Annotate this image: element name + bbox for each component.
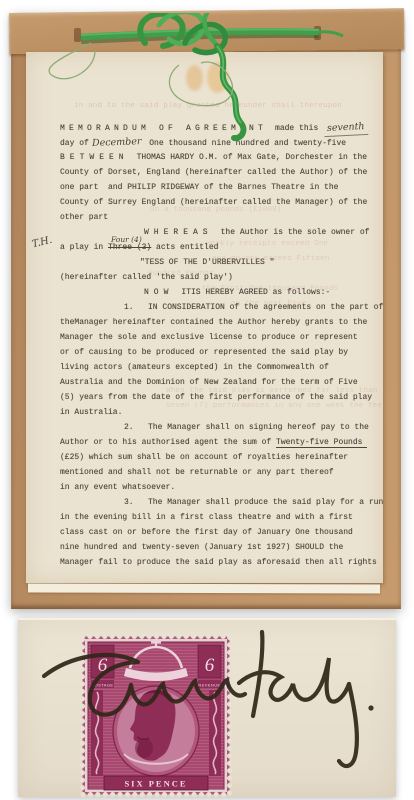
typed-fragment: made this [275, 124, 318, 133]
play-title-line: "TESS OF THE D'URBERVILLES " [140, 255, 382, 270]
clause-number-3: 3. [124, 495, 134, 510]
typed-line: in Australia. [60, 405, 382, 420]
agreement-photo: in and to the said play granted hereunde… [11, 13, 401, 609]
typed-line: (hereinafter called 'the said play') [60, 270, 382, 285]
typed-line: County of Dorset, England (hereinafter c… [60, 165, 382, 180]
wax-stain [186, 65, 203, 91]
typed-line: class cast on or before the first day of… [60, 525, 382, 540]
typed-line: Manager the sole and exclusive license t… [60, 330, 382, 345]
memorandum-heading: MEMORANDUM OF AGREEMENT [60, 124, 267, 133]
typed-line: 3.The Manager shall produce the said pla… [148, 495, 382, 510]
typed-fragment: a play in [60, 243, 108, 252]
whereas-word: WHEREAS [144, 228, 213, 237]
bleedthrough-line: in and to the said play granted hereunde… [74, 102, 342, 110]
thomas-hardy-signature: Thomas Hardy. [18, 620, 396, 797]
second-sheet-edge [28, 584, 380, 594]
typed-line: one part and PHILIP RIDGEWAY of the Barn… [60, 180, 382, 195]
typed-fragment: The Manager shall on signing hereof pay … [148, 423, 369, 432]
typed-fragment: IN CONSIDERATION of the agreements on th… [148, 303, 383, 312]
typed-line: day ofDecemberOne thousand nine hundred … [60, 135, 382, 150]
typed-line: nine hundred and twenty-seven (January 1… [60, 540, 382, 555]
typed-fragment: Author or to his authorised agent the su… [60, 438, 276, 447]
typed-line: T.H.a play in Three (3)Four (4) acts ent… [60, 240, 382, 255]
typed-line: in any event whatsoever. [60, 480, 382, 495]
typed-line: NOWITIS HEREBY AGREED as follows:- [144, 285, 382, 300]
typed-line: (£25) which sum shall be on account of r… [60, 450, 382, 465]
underlined-sum: Twenty-five Pounds [276, 438, 367, 448]
clause-number-1: 1. [124, 300, 134, 315]
typed-line: WHEREASthe Author is the sole owner of [144, 225, 382, 240]
typed-line: other part [60, 210, 382, 225]
board-flap [9, 8, 404, 54]
typed-line: Author or to his authorised agent the su… [60, 435, 382, 450]
typed-fragment: THOMAS HARDY O.M. of Max Gate, Dorcheste… [137, 153, 367, 162]
typed-line: theManager hereinafter contained the Aut… [60, 315, 382, 330]
hardy-initials: T.H. [30, 233, 53, 252]
auction-photo-page: in and to the said play granted hereunde… [0, 0, 414, 800]
now-word: NOW [144, 288, 173, 297]
typed-line: County of Surrey England (hereinafter ca… [60, 195, 382, 210]
typed-line: Australia and the Dominion of New Zealan… [60, 375, 382, 390]
typed-line: BETWEENTHOMAS HARDY O.M. of Max Gate, Do… [60, 150, 382, 165]
typed-fragment: day of [60, 139, 89, 148]
typed-line-heading: MEMORANDUM OF AGREEMENTmade thisseventh [60, 120, 382, 135]
typed-line: 2.The Manager shall on signing hereof pa… [148, 420, 382, 435]
typed-line: or of causing to be produced or represen… [60, 345, 382, 360]
typed-fragment: ITIS HEREBY AGREED as follows:- [181, 288, 330, 297]
typed-line: mentioned and shall not be returnable or… [60, 465, 382, 480]
typed-agreement-text: MEMORANDUM OF AGREEMENTmade thisseventh … [60, 120, 382, 570]
struck-acts: Three (3)Four (4) [108, 240, 151, 255]
typed-fragment: One thousand nine hundred and twenty-fiv… [149, 139, 346, 148]
signature-photo: 6 6 POSTAGE REVENUE SIX PENCE Thomas Har… [18, 618, 396, 797]
typed-line: living actors (amateurs excepted) in the… [60, 360, 382, 375]
typed-fragment: The Manager shall produce the said play … [148, 498, 383, 507]
typed-line: Manager fail to produce the said play as… [60, 555, 382, 570]
handwritten-month: December [89, 134, 145, 151]
typed-fragment: the Author is the sole owner of [221, 228, 370, 237]
between-word: BETWEEN [60, 153, 129, 162]
typed-line: 1.IN CONSIDERATION of the agreements on … [148, 300, 382, 315]
wax-stain [207, 62, 228, 93]
typed-fragment: acts entitled [151, 243, 218, 252]
typed-line: (5) years from the date of the first per… [60, 390, 382, 405]
agreement-paper: in and to the said play granted hereunde… [26, 52, 383, 583]
clause-number-2: 2. [124, 420, 134, 435]
typed-line: in the evening bill in a first class the… [60, 510, 382, 525]
handwritten-acts-correction: Four (4) [111, 232, 142, 247]
